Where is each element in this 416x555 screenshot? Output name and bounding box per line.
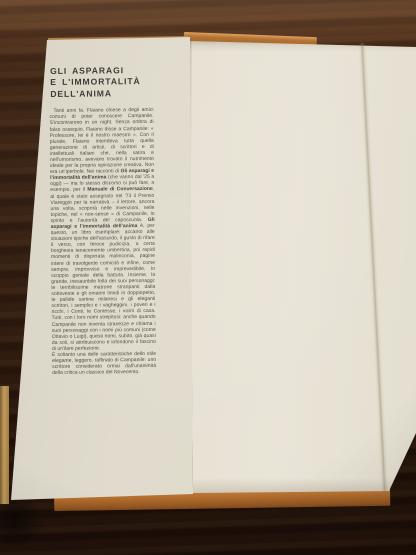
flap-text-segment: È soltanto una delle caratteristiche del…: [52, 351, 156, 376]
book-photo-scene: GLI ASPARAGI E L'IMMORTALITÀ DELL'ANIMA …: [0, 0, 416, 555]
flap-paragraph: È soltanto una delle caratteristiche del…: [52, 351, 156, 376]
flap-body-text: Tanti anni fa, Flaiano chiese a degli am…: [49, 107, 156, 376]
book-cover-edge-left: [0, 386, 9, 504]
flap-title: GLI ASPARAGI E L'IMMORTALITÀ DELL'ANIMA: [50, 65, 153, 100]
flap-paragraph: Tanti anni fa, Flaiano chiese a degli am…: [49, 107, 156, 352]
flap-text-segment: Tanti anni fa, Flaiano chiese a degli am…: [50, 107, 155, 175]
flap-text-block: GLI ASPARAGI E L'IMMORTALITÀ DELL'ANIMA …: [49, 65, 156, 376]
flap-title-line: E L'IMMORTALITÀ: [50, 76, 153, 88]
flap-title-line: DELL'ANIMA: [50, 88, 153, 100]
flap-text-segment: è, per questo, un libro esemplare: accan…: [51, 223, 156, 352]
